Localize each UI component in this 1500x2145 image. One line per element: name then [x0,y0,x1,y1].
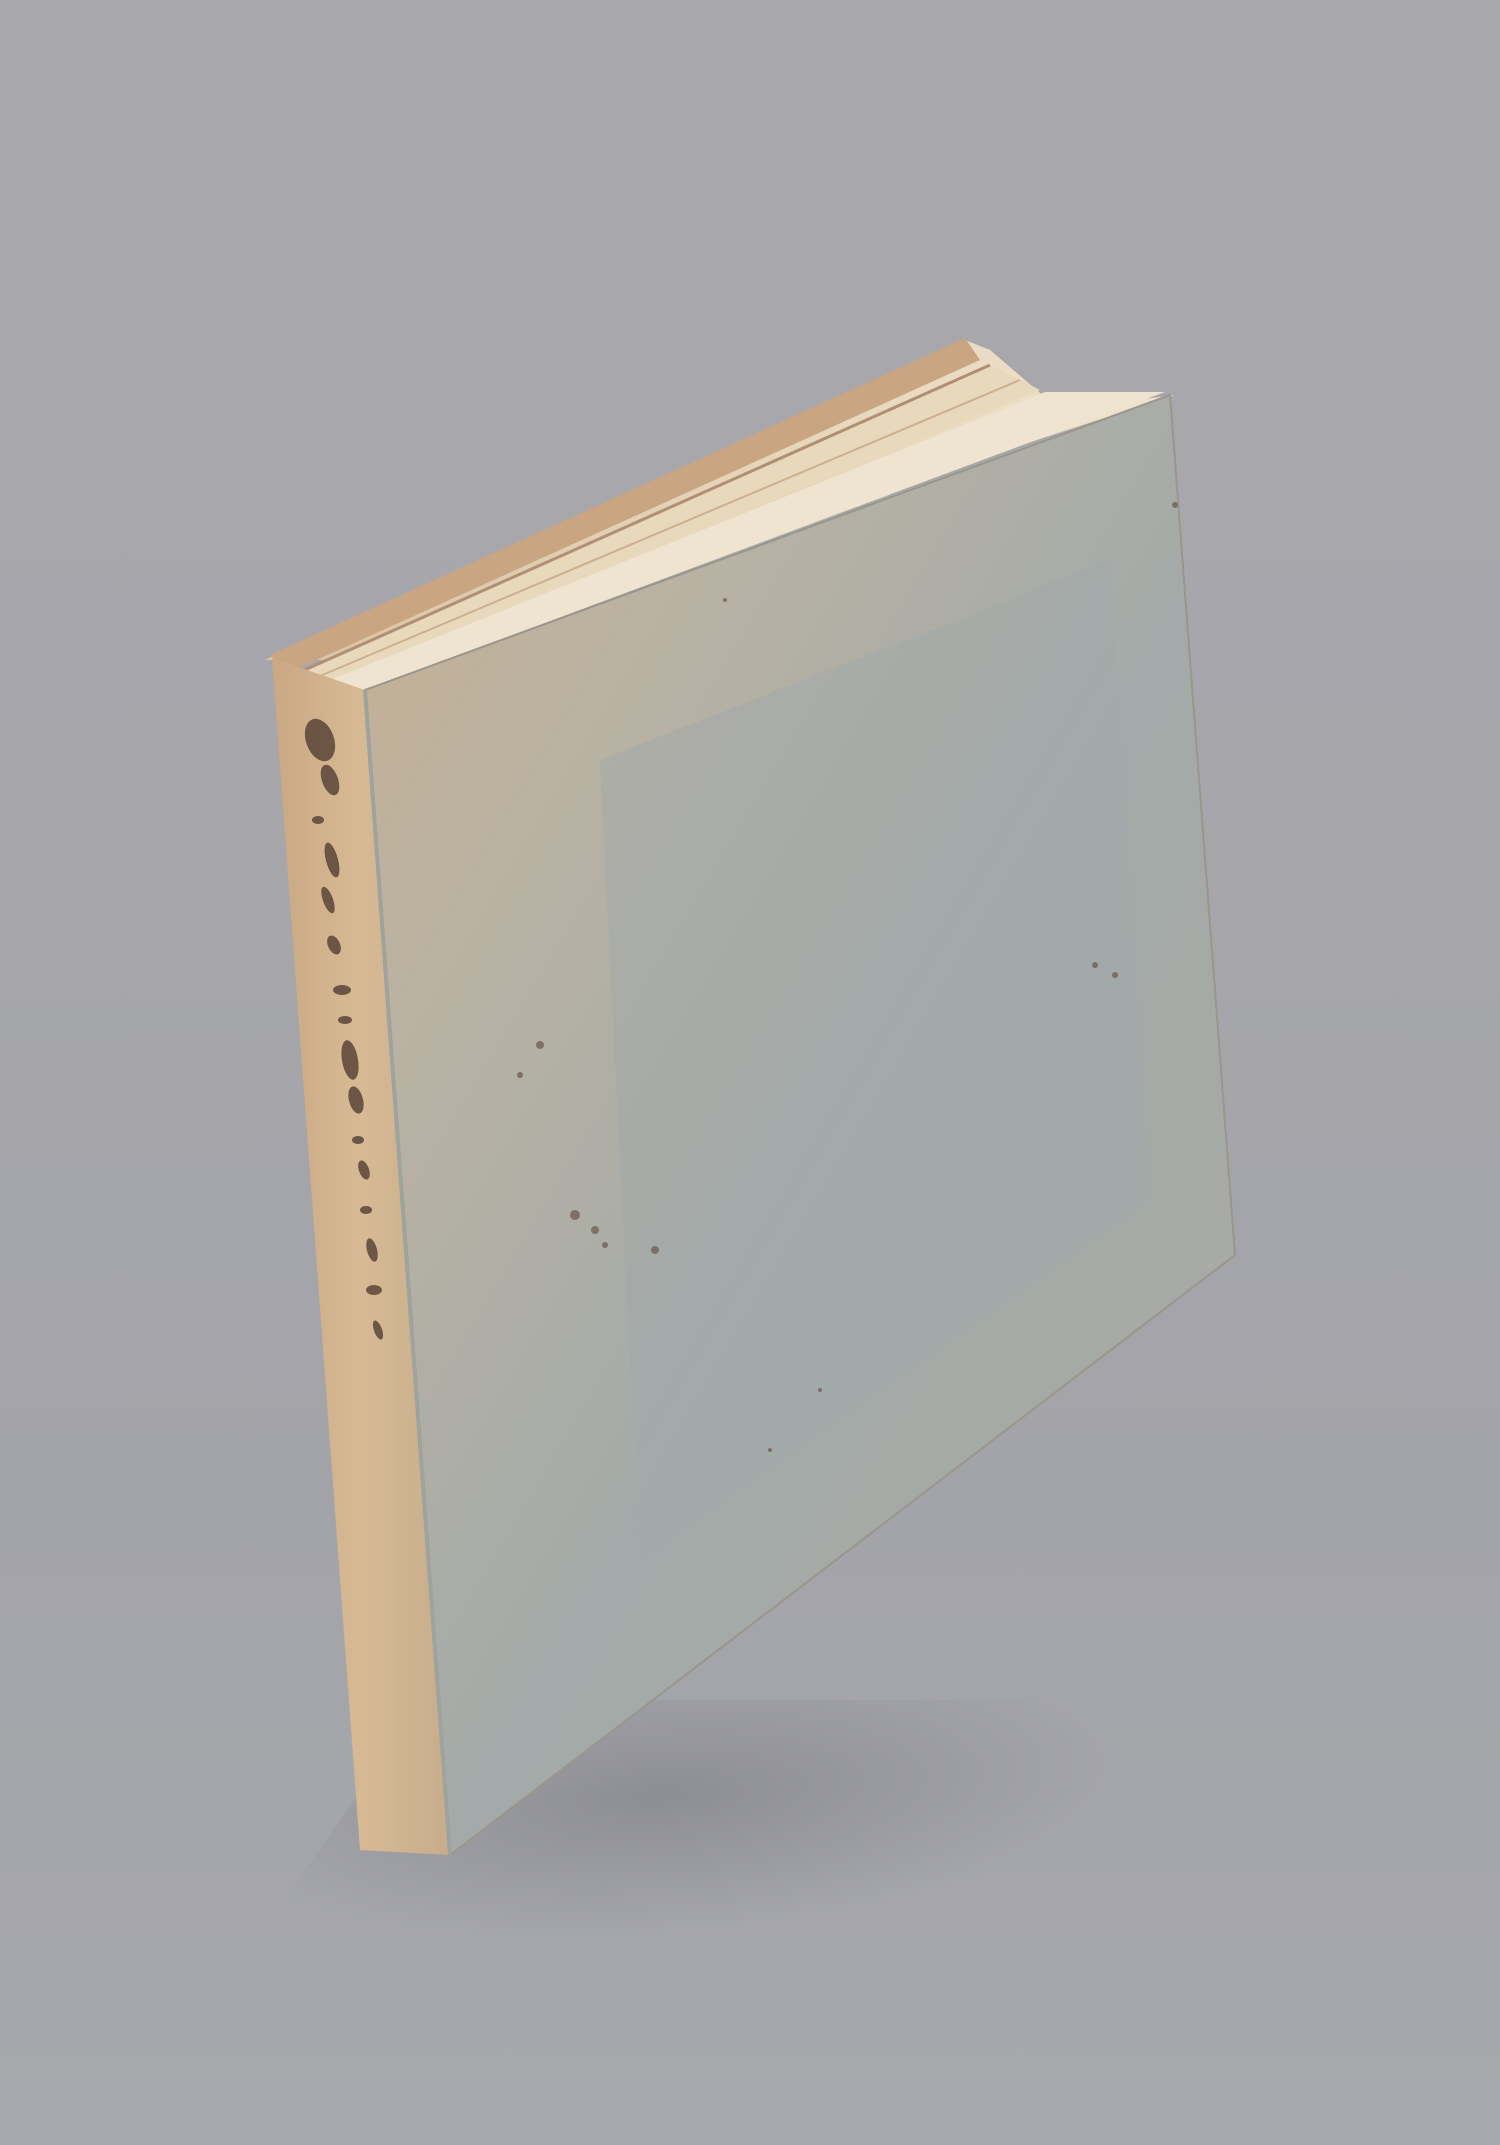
photo-scene: handwritten spine inscription (illegible… [0,0,1500,2145]
book [0,0,1500,2145]
